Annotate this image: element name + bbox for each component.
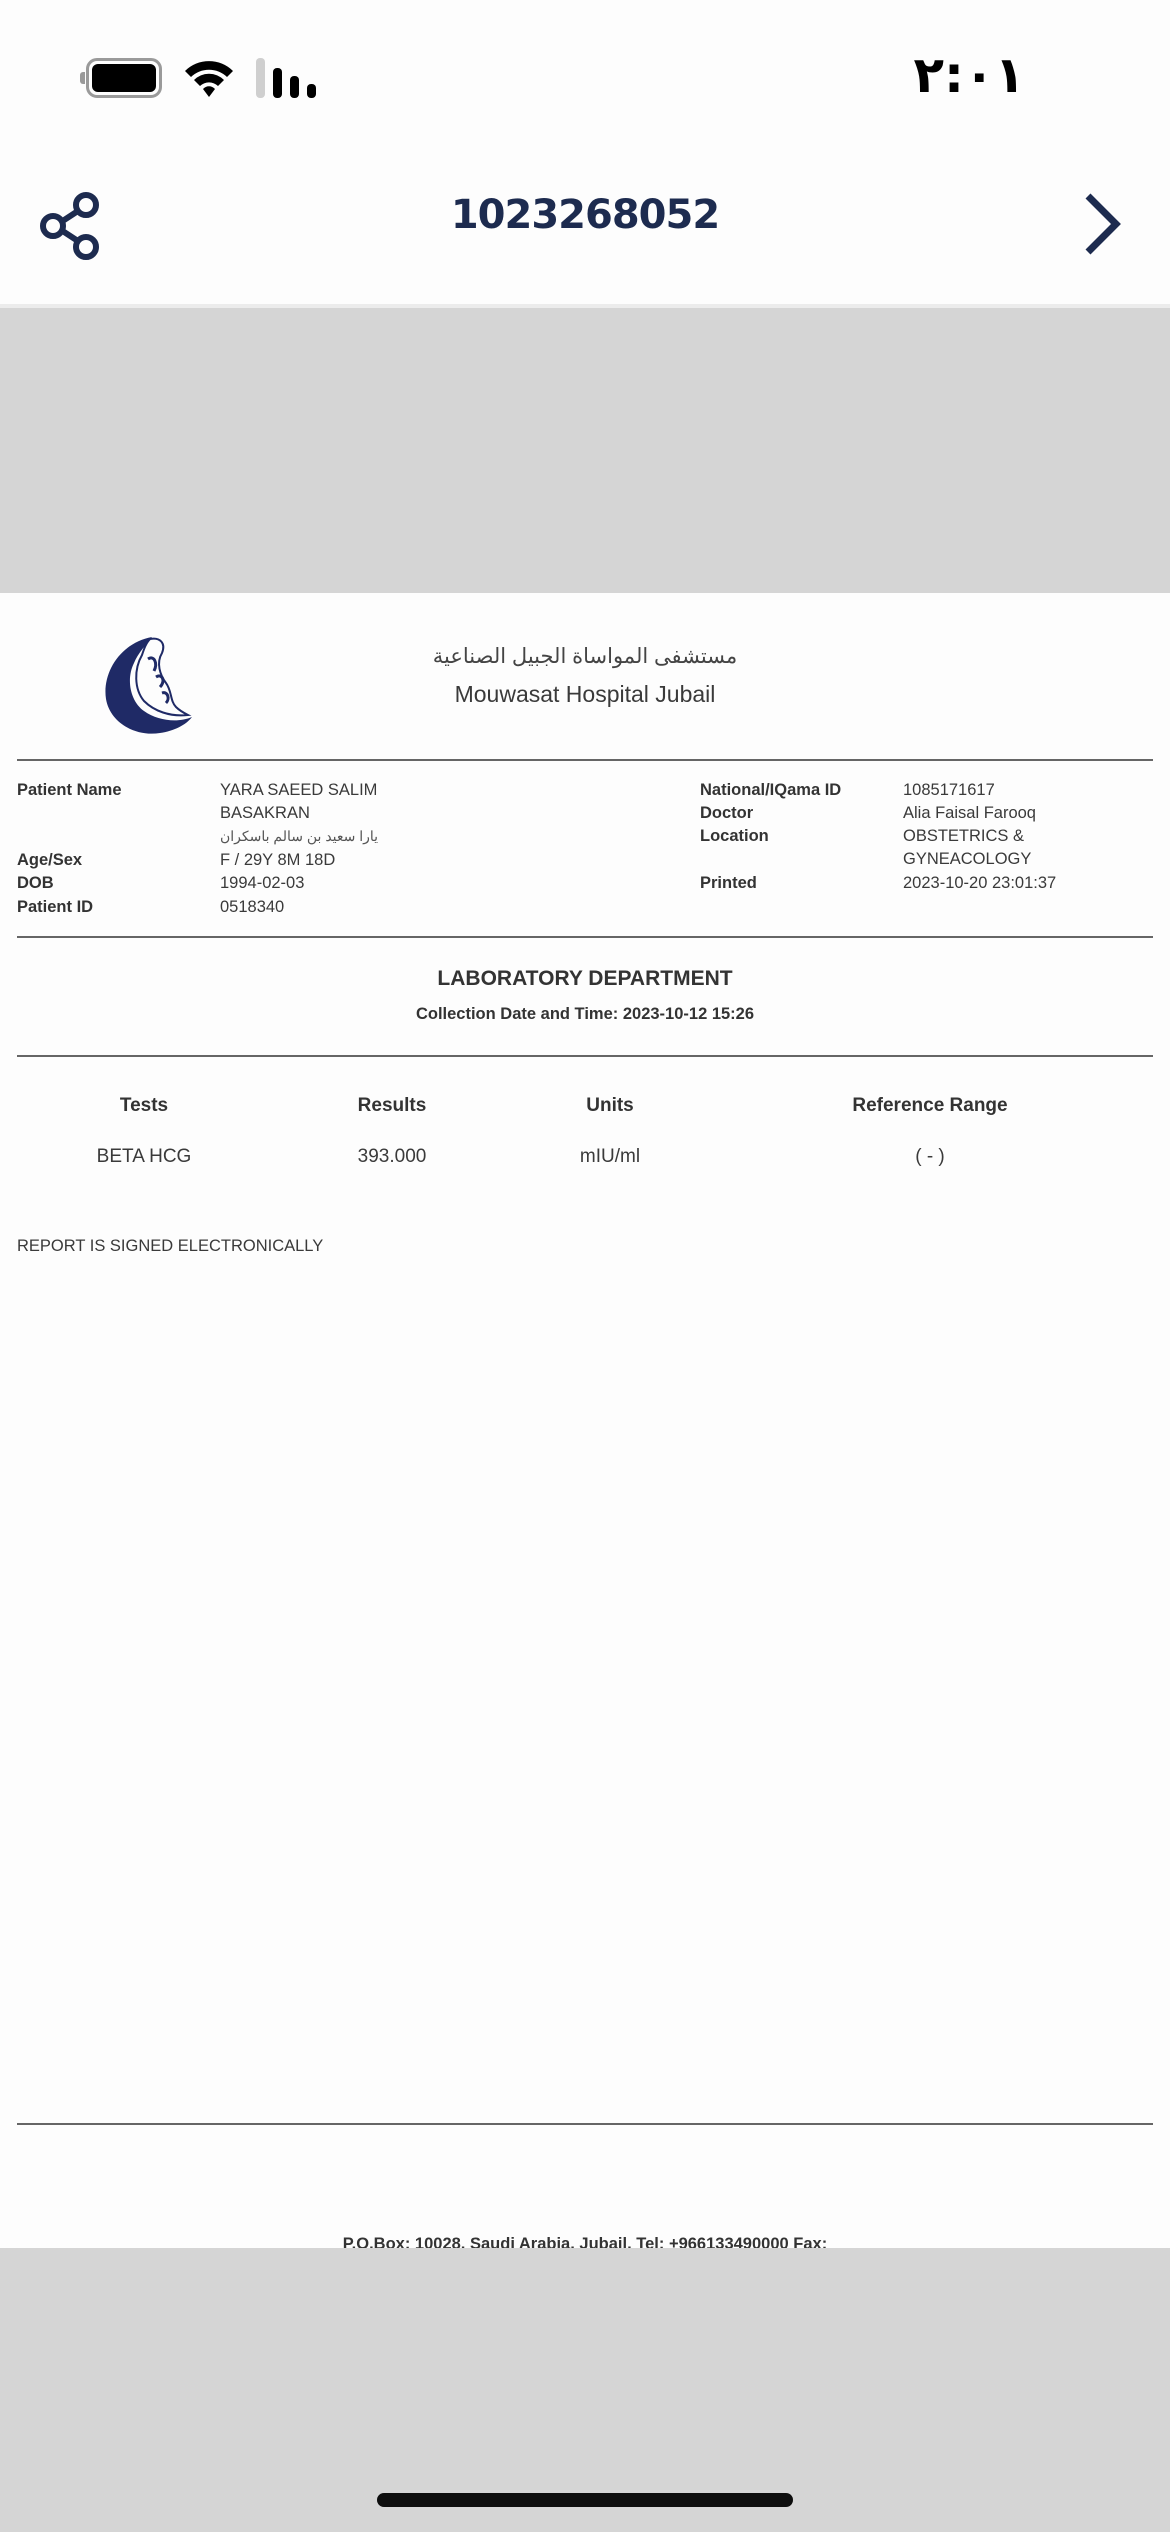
printed-value: 2023-10-20 23:01:37: [903, 874, 1056, 893]
hospital-name: Mouwasat Hospital Jubail: [0, 681, 1170, 708]
nav-bar: 1023268052: [0, 150, 1170, 308]
printed-label: Printed: [700, 874, 757, 893]
patient-id-value: 0518340: [220, 898, 284, 917]
age-sex-value: F / 29Y 8M 18D: [220, 851, 335, 870]
page-title: 1023268052: [0, 192, 1170, 238]
patient-name-line2: BASAKRAN: [220, 804, 310, 823]
national-id-value: 1085171617: [903, 781, 995, 800]
location-line1: OBSTETRICS &: [903, 827, 1024, 846]
battery-full-icon: [80, 58, 162, 98]
divider: [17, 936, 1153, 938]
doctor-value: Alia Faisal Farooq: [903, 804, 1036, 823]
viewer-background: [0, 2248, 1170, 2532]
location-line2: GYNEACOLOGY: [903, 850, 1031, 869]
collection-datetime: Collection Date and Time: 2023-10-12 15:…: [0, 1005, 1170, 1024]
patient-name-label: Patient Name: [17, 781, 122, 800]
hospital-name-arabic: مستشفى المواساة الجبيل الصناعية: [0, 644, 1170, 669]
dob-value: 1994-02-03: [220, 874, 304, 893]
status-time: ٢:٠١: [935, 40, 1025, 110]
chevron-right-icon[interactable]: [1080, 192, 1124, 256]
units-cell: mIU/ml: [460, 1146, 760, 1168]
national-id-label: National/IQama ID: [700, 781, 841, 800]
column-header-reference-range: Reference Range: [780, 1095, 1080, 1117]
divider: [17, 1055, 1153, 1057]
age-sex-label: Age/Sex: [17, 851, 82, 870]
divider: [17, 759, 1153, 761]
cellular-signal-icon: [256, 58, 320, 98]
viewer-background: [0, 308, 1170, 593]
signed-note: REPORT IS SIGNED ELECTRONICALLY: [17, 1237, 323, 1256]
status-bar: ٢:٠١: [0, 0, 1170, 150]
footer-divider: [17, 2123, 1153, 2125]
patient-id-label: Patient ID: [17, 898, 93, 917]
patient-name-arabic: يارا سعيد بن سالم باسكران: [220, 828, 378, 845]
patient-name-line1: YARA SAEED SALIM: [220, 781, 377, 800]
department-title: LABORATORY DEPARTMENT: [0, 967, 1170, 991]
column-header-units: Units: [460, 1095, 760, 1117]
doctor-label: Doctor: [700, 804, 753, 823]
wifi-icon: [183, 57, 235, 99]
reference-range-cell: ( - ): [780, 1146, 1080, 1168]
dob-label: DOB: [17, 874, 54, 893]
home-indicator[interactable]: [377, 2493, 793, 2507]
location-label: Location: [700, 827, 769, 846]
lab-report-document[interactable]: مستشفى المواساة الجبيل الصناعية Mouwasat…: [0, 593, 1170, 2248]
